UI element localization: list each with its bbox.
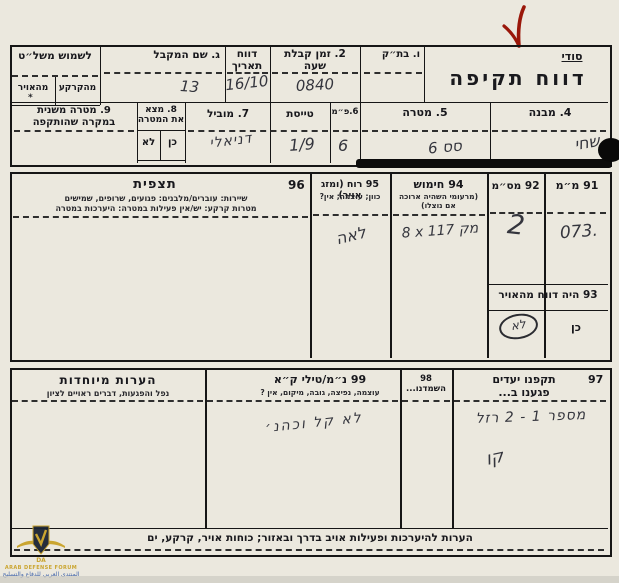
found-yes-option: כן	[161, 137, 184, 149]
date-label-line1: דווח	[237, 48, 258, 60]
dashed-rule	[364, 72, 422, 74]
armament-field-sub: (מרעומי השהיה ארוכה אם נוצלו)	[394, 192, 483, 210]
dashed-rule	[454, 400, 606, 402]
armament-field-label: 94 חימוש	[392, 179, 485, 192]
form-rule	[360, 45, 361, 163]
formation-field-label: 4. מבנה	[494, 107, 606, 120]
pm-value: 6	[338, 138, 354, 155]
dashed-rule	[393, 214, 485, 216]
form-rule	[390, 172, 392, 358]
attacked-label-line1: תקפנו יעדים	[492, 373, 555, 386]
air-report-yes-option: כן	[560, 322, 592, 335]
form-rule	[10, 528, 608, 529]
form-rule	[137, 130, 185, 131]
form-title: דווח תקיפה	[428, 66, 608, 90]
from-ground-label: מהקרקע	[56, 83, 99, 93]
observation-field-sub: שיירות: עוברים/מלבנים: פגועים, שרופים, ש…	[20, 194, 292, 213]
attacked-field-label: תקפנו יעדים פגענו ב...	[468, 374, 580, 399]
special-remarks-sub: נפל והפגעות, דברים ראויים לציון	[18, 389, 198, 399]
secondary-label-line2: במקרה שהותקפה	[33, 117, 116, 128]
secondary-label-line1: 9. מטרה משנית	[37, 105, 111, 116]
form-rule	[487, 310, 608, 311]
masm-value: 2	[499, 210, 534, 242]
red-checkmark	[488, 2, 542, 48]
found-no-option: לא	[138, 137, 159, 149]
form-rule	[487, 284, 608, 285]
btk-field-label: ו. בת״ק	[364, 49, 420, 61]
aa-field-label: 99 נ״מ/טילי ק״א	[240, 374, 400, 387]
footer-note: הערות להיערכות ופעילות אויב בדרך ובאזור;…	[28, 532, 592, 544]
receiver-value: 13	[179, 79, 210, 97]
dashed-rule	[402, 400, 450, 402]
form-rule	[270, 45, 271, 163]
attack-report-scan: סודי דווח תקיפה ו. בת״ק 2. זמן קבלת שעה …	[0, 0, 619, 583]
special-remarks-title: הערות מיוחדות	[38, 374, 178, 388]
time-field-label: 2. זמן קבלת שעה	[272, 48, 358, 72]
date-label-line2: תאריך	[232, 60, 262, 72]
dashed-rule	[12, 75, 98, 77]
watermark-initials: DA	[2, 558, 80, 565]
destroyed-field-label: 98 השמדנו...	[402, 375, 450, 395]
from-air-mark: *	[28, 93, 33, 104]
mm-field-label: 91 מ״מ	[546, 180, 608, 193]
attacked-label-line2: פגענו ב...	[498, 386, 549, 399]
form-rule	[205, 368, 207, 528]
mm-value: 073.	[551, 222, 606, 244]
dashed-rule	[14, 130, 134, 132]
from-air-label: מהאויר	[12, 83, 54, 93]
dashed-rule	[13, 216, 308, 218]
time-label-line1: 2. זמן קבלת	[284, 48, 346, 60]
hole-punch-mark	[598, 138, 619, 162]
target-field-label: 5. מטרה	[364, 107, 486, 120]
dashed-rule	[12, 400, 203, 402]
receiver-field-label: ג. שם המקבל	[106, 49, 220, 61]
squadron-value: 1/9	[283, 136, 320, 155]
dashed-rule	[547, 212, 606, 214]
dashed-rule	[362, 130, 488, 132]
form-rule	[185, 102, 186, 163]
ink-smear	[356, 159, 612, 168]
form-rule	[544, 172, 546, 358]
leader-field-label: 7. מוביל	[188, 108, 268, 120]
classification-label: סודי	[543, 50, 601, 63]
air-report-no-circled: לא	[498, 314, 538, 339]
observation-sub-line1: שיירות: עוברים/מלבנים: פגועים, שרופים, ש…	[65, 194, 248, 203]
masm-field-label: 92 מס״מ	[489, 180, 542, 192]
time-label-line2: שעה	[304, 60, 326, 72]
squadron-field-label: טייסת	[272, 108, 328, 120]
attacked-field-number: 97	[588, 374, 606, 387]
observation-sub-line2: מטרות קרקע: יש/אין פעילות במטרה: היערכות…	[55, 204, 256, 213]
dashed-rule	[104, 72, 222, 74]
form-rule	[487, 172, 489, 358]
dashed-rule	[207, 400, 398, 402]
found-label-line2: את המטרה	[138, 115, 184, 125]
date-field-label: דווח תאריך	[226, 48, 268, 72]
watermark-name: ARAB DEFENSE FORUM	[2, 565, 80, 571]
watermark-shield-icon	[9, 524, 73, 558]
dashed-rule	[272, 72, 358, 74]
wind-field-sub: כוון; עוצמה; אין?	[312, 192, 388, 201]
form-rule	[137, 160, 185, 161]
observation-field-title: תצפית	[110, 178, 200, 193]
found-target-label: 8. מצא את המטרה	[137, 105, 185, 126]
aa-field-sub: עוצמה, נפיצה, גובה, מיקום, אין ?	[240, 388, 400, 397]
dashed-rule	[14, 549, 604, 551]
circled-no-value: לא	[497, 311, 540, 342]
pm-field-label: 6.פ״מ	[330, 108, 360, 118]
form-rule	[490, 102, 491, 163]
scan-edge-strip	[0, 576, 619, 583]
control-use-label: לשמוש משל״ט	[12, 50, 98, 62]
found-label-line1: 8. מצא	[145, 105, 177, 115]
form-rule	[10, 102, 608, 103]
observation-field-number: 96	[288, 179, 306, 193]
watermark: DA ARAB DEFENSE FORUM المنتدى العربي للد…	[2, 524, 80, 578]
secondary-target-label: 9. מטרה משנית במקרה שהותקפה	[14, 105, 134, 128]
form-rule	[424, 45, 425, 102]
dashed-rule	[333, 130, 358, 132]
form-rule	[452, 368, 454, 528]
air-report-label: 93 היה דווח מהאויר	[489, 289, 607, 301]
form-rule	[100, 45, 101, 105]
dashed-rule	[313, 214, 388, 216]
